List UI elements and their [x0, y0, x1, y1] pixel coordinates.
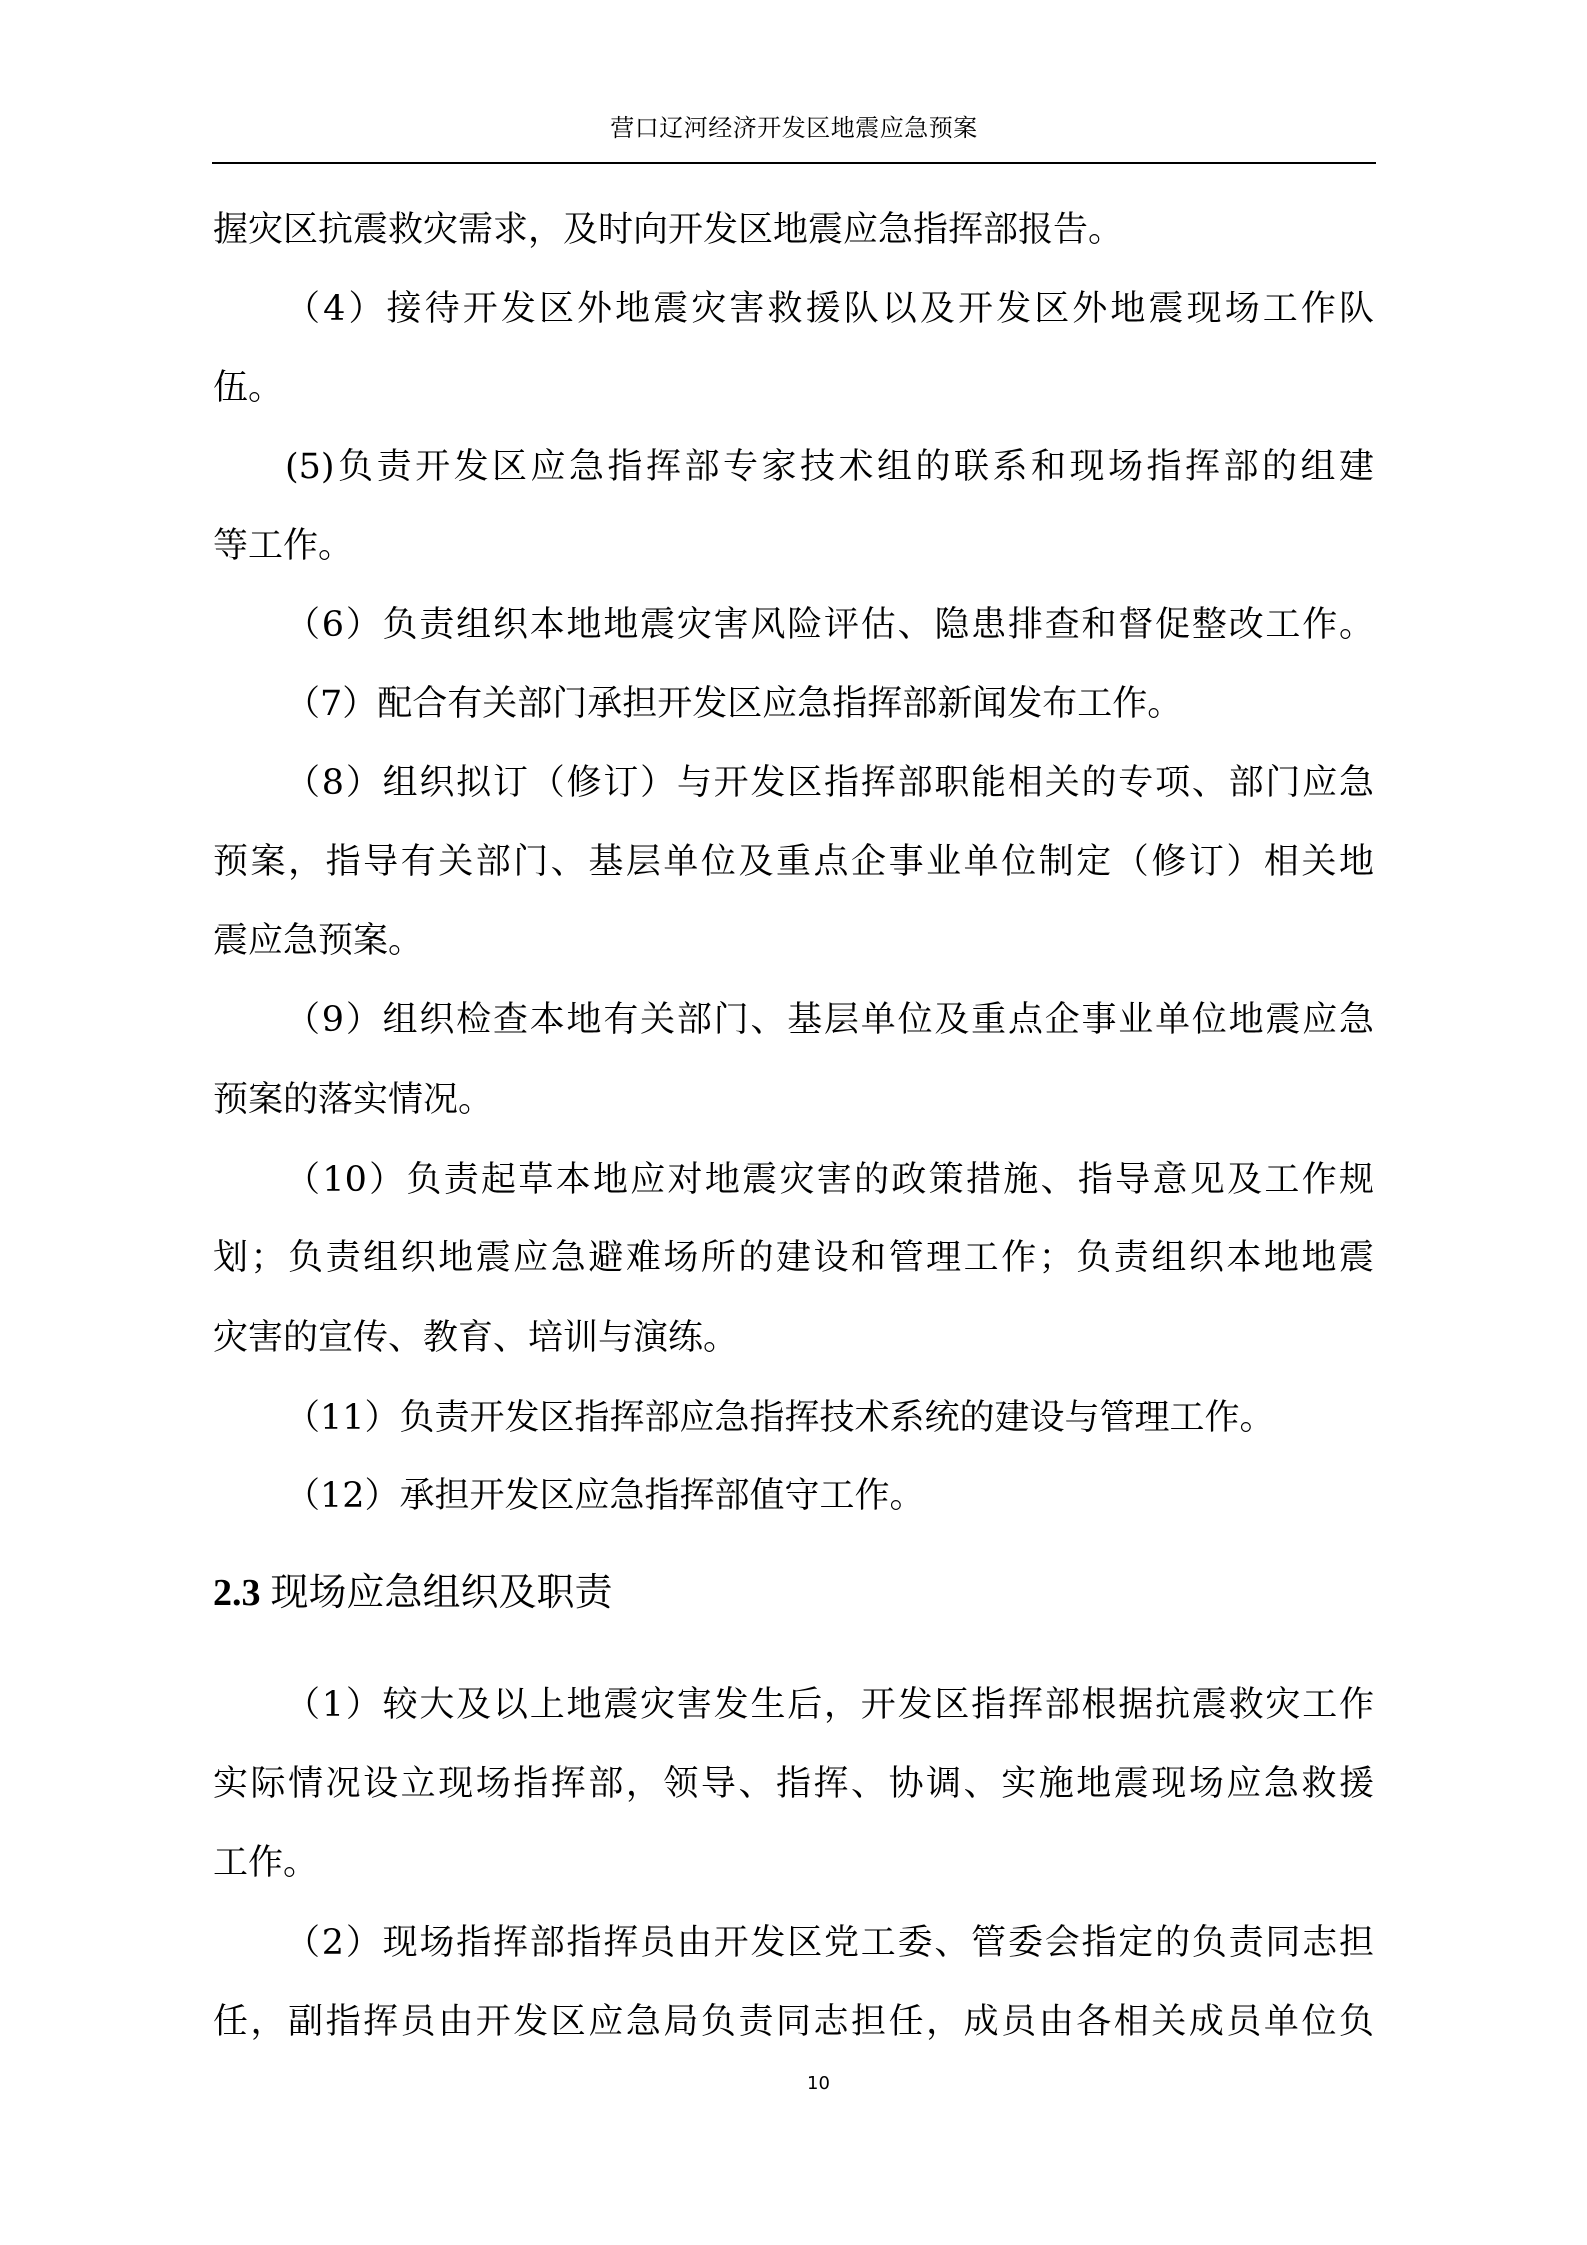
body-line: （10）负责起草本地应对地震灾害的政策措施、指导意见及工作规	[213, 1155, 1374, 1205]
body-line: 预案的落实情况。	[213, 1075, 1374, 1125]
body-line: 震应急预案。	[213, 916, 1374, 966]
body-line: 握灾区抗震救灾需求，及时向开发区地震应急指挥部报告。	[213, 205, 1374, 255]
section-line: 工作。	[213, 1838, 1374, 1888]
body-line: （12）承担开发区应急指挥部值守工作。	[213, 1471, 1374, 1521]
body-line: 伍。	[213, 363, 1374, 413]
header-rule	[212, 162, 1376, 164]
section-line: 实际情况设立现场指挥部，领导、指挥、协调、实施地震现场应急救援	[213, 1759, 1374, 1809]
body-line: （11）负责开发区指挥部应急指挥技术系统的建设与管理工作。	[213, 1393, 1374, 1443]
body-line: (5)负责开发区应急指挥部专家技术组的联系和现场指挥部的组建	[213, 442, 1374, 492]
page-number: 10	[0, 2070, 1587, 2098]
running-header: 营口辽河经济开发区地震应急预案	[212, 108, 1376, 148]
body-line: （8）组织拟订（修订）与开发区指挥部职能相关的专项、部门应急	[213, 758, 1374, 808]
section-heading: 2.3现场应急组织及职责	[213, 1564, 1374, 1620]
document-page: 营口辽河经济开发区地震应急预案 握灾区抗震救灾需求，及时向开发区地震应急指挥部报…	[0, 0, 1587, 2245]
body-line: 等工作。	[213, 521, 1374, 571]
section-line: 任，副指挥员由开发区应急局负责同志担任，成员由各相关成员单位负	[213, 1997, 1374, 2047]
body-line: （9）组织检查本地有关部门、基层单位及重点企事业单位地震应急	[213, 995, 1374, 1045]
body-line: （7）配合有关部门承担开发区应急指挥部新闻发布工作。	[213, 679, 1374, 729]
body-line: 划；负责组织地震应急避难场所的建设和管理工作；负责组织本地地震	[213, 1233, 1374, 1283]
section-title: 现场应急组织及职责	[271, 1570, 613, 1614]
body-line: 灾害的宣传、教育、培训与演练。	[213, 1313, 1374, 1363]
body-line: 预案，指导有关部门、基层单位及重点企事业单位制定（修订）相关地	[213, 837, 1374, 887]
section-line: （2）现场指挥部指挥员由开发区党工委、管委会指定的负责同志担	[213, 1918, 1374, 1968]
body-line: （4）接待开发区外地震灾害救援队以及开发区外地震现场工作队	[213, 284, 1374, 334]
body-line: （6）负责组织本地地震灾害风险评估、隐患排查和督促整改工作。	[213, 600, 1374, 650]
section-number: 2.3	[213, 1572, 261, 1614]
section-line: （1）较大及以上地震灾害发生后，开发区指挥部根据抗震救灾工作	[213, 1680, 1374, 1730]
